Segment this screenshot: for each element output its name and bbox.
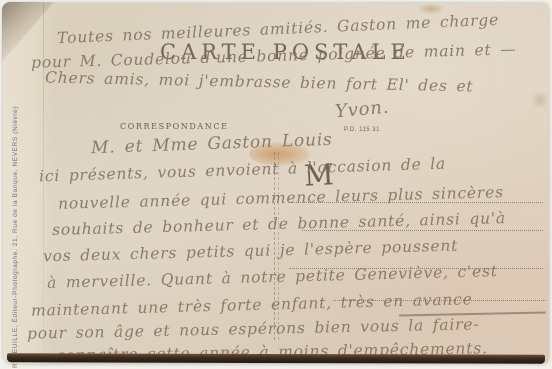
postcard-back: REFEUILLE, Éditeur-Photographe, 21, Rue … [3, 3, 549, 364]
publisher-imprint: REFEUILLE, Éditeur-Photographe, 21, Rue … [12, 100, 19, 368]
card-bottom-edge-shadow [7, 353, 545, 363]
scan-background: REFEUILLE, Éditeur-Photographe, 21, Rue … [0, 0, 552, 369]
handwritten-signature: Yvon. [334, 97, 390, 123]
series-small-print: P.D. 115 31 [344, 127, 380, 133]
ink-stain [249, 142, 311, 166]
ink-stain [417, 3, 445, 15]
handwritten-line: ici présents, vous envoient à l'occasion… [39, 155, 447, 186]
handwritten-line: souhaits de bonheur et de bonne santé, a… [52, 209, 506, 239]
handwritten-line: nouvelle année qui commence leurs plus s… [58, 183, 504, 213]
handwritten-line: pour son âge et nous espérons bien vous … [27, 315, 480, 342]
handwritten-line: vos deux chers petits qui je l'espère po… [43, 237, 459, 266]
handwritten-line: à merveille. Quant à notre petite Genevi… [47, 262, 498, 292]
handwritten-line: Chers amis, moi j'embrasse bien fort El'… [45, 69, 474, 96]
correspondance-label: CORRESPONDANCE [120, 122, 229, 131]
ink-stain [531, 91, 549, 109]
